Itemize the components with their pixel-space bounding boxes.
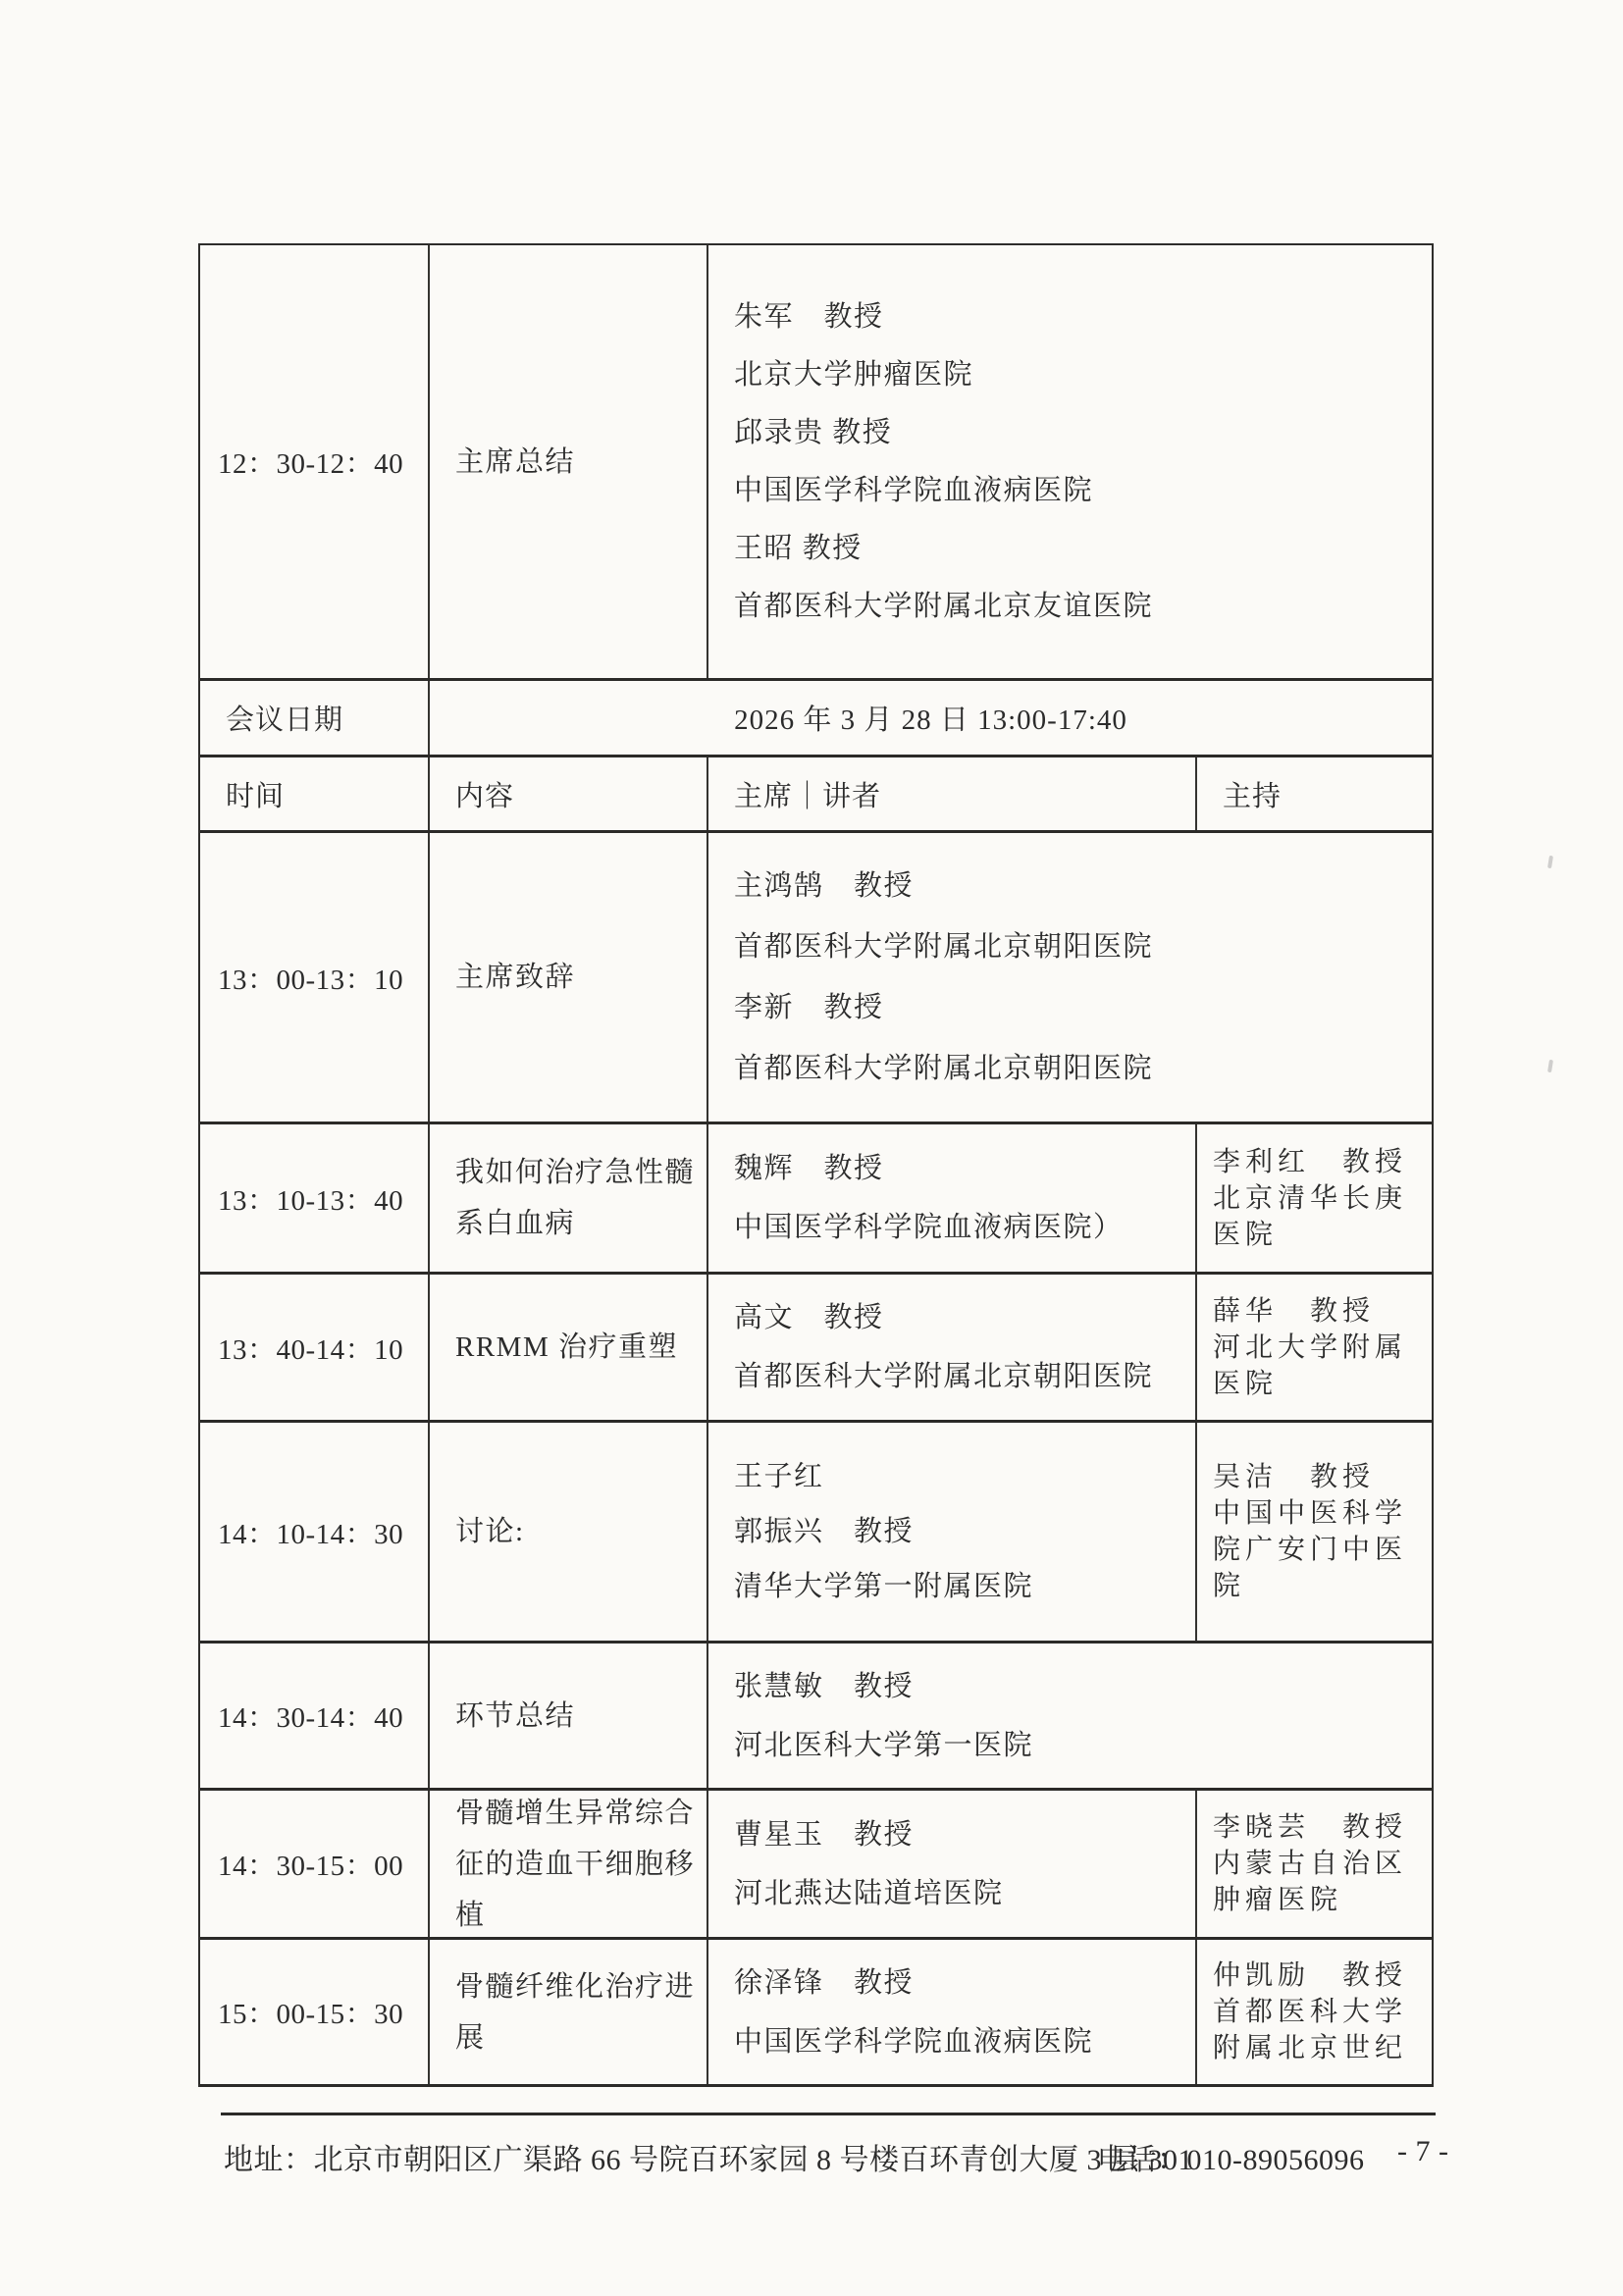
- cell-host-line: 医院: [1213, 1366, 1426, 1402]
- cell-time-line: 13：00-13：10: [218, 958, 428, 998]
- cell-host: 李晓芸 教授内蒙古自治区肿瘤医院: [1197, 1791, 1432, 1937]
- cell-speaker-line: 邱录贵 教授: [734, 404, 1432, 462]
- cell-speaker-line: 主鸿鹄 教授: [734, 856, 1432, 916]
- cell-content-line: 展: [455, 2012, 707, 2063]
- footer-rule: [221, 2113, 1436, 2115]
- table-row: 13：40-14：10RRMM 治疗重塑高文 教授首都医科大学附属北京朝阳医院薛…: [200, 1275, 1432, 1423]
- cell-host-line: 院广安门中医: [1213, 1532, 1426, 1568]
- footer: 地址：北京市朝阳区广渠路 66 号院百环家园 8 号楼百环青创大厦 3 层 30…: [0, 2135, 1623, 2178]
- cell-speaker-line: 曹星玉 教授: [734, 1805, 1195, 1864]
- cell-host-line: 附属北京世纪: [1213, 2030, 1426, 2066]
- cell-host: 吴洁 教授中国中医科学院广安门中医院: [1197, 1423, 1432, 1641]
- header-time-cell: 时间: [200, 757, 430, 830]
- scan-speck: [1547, 856, 1553, 868]
- footer-phone: 电话：010-89056096: [1097, 2135, 1365, 2178]
- cell-content: 环节总结: [430, 1644, 708, 1788]
- table-row: 13：10-13：40我如何治疗急性髓系白血病魏辉 教授中国医学科学院血液病医院…: [200, 1124, 1432, 1275]
- cell-time: 14：30-15：00: [200, 1791, 430, 1937]
- date-label: 会议日期: [226, 698, 428, 738]
- cell-content-line: 主席总结: [455, 437, 707, 488]
- cell-host-line: 河北大学附属: [1213, 1330, 1426, 1366]
- cell-speaker-line: 朱军 教授: [734, 288, 1432, 346]
- table-row: 14：30-15：00骨髓增生异常综合征的造血干细胞移植曹星玉 教授河北燕达陆道…: [200, 1791, 1432, 1940]
- cell-content: 讨论:: [430, 1423, 708, 1641]
- cell-content-line: 我如何治疗急性髓: [455, 1147, 707, 1198]
- cell-speaker: 高文 教授首都医科大学附属北京朝阳医院: [708, 1275, 1197, 1420]
- cell-speaker-line: 中国医学科学院血液病医院）: [734, 1198, 1195, 1257]
- header-content-cell: 内容: [430, 757, 708, 830]
- cell-content-line: 系白血病: [455, 1198, 707, 1249]
- table-row: 14：30-14：40环节总结张慧敏 教授河北医科大学第一医院: [200, 1644, 1432, 1791]
- cell-speaker-line: 河北医科大学第一医院: [734, 1716, 1432, 1775]
- cell-speaker-line: 徐泽锋 教授: [734, 1954, 1195, 2012]
- cell-time-line: 14：10-14：30: [218, 1512, 428, 1552]
- cell-content: RRMM 治疗重塑: [430, 1275, 708, 1420]
- cell-time-line: 14：30-14：40: [218, 1696, 428, 1736]
- cell-host-line: 李利红 教授: [1213, 1144, 1426, 1180]
- cell-time-line: 13：10-13：40: [218, 1178, 428, 1219]
- date-row: 会议日期 2026 年 3 月 28 日 13:00-17:40: [200, 681, 1432, 757]
- header-content: 内容: [455, 774, 707, 814]
- header-host-cell: 主持: [1197, 757, 1432, 830]
- header-host: 主持: [1223, 774, 1432, 814]
- cell-host-line: 医院: [1213, 1217, 1426, 1253]
- cell-time-line: 15：00-15：30: [218, 1992, 428, 2032]
- cell-host-line: 薛华 教授: [1213, 1293, 1426, 1330]
- page-number: - 7 -: [1397, 2135, 1448, 2168]
- cell-host-line: 中国中医科学: [1213, 1495, 1426, 1532]
- cell-speaker-line: 中国医学科学院血液病医院: [734, 462, 1432, 520]
- cell-speaker: 主鸿鹄 教授首都医科大学附属北京朝阳医院李新 教授首都医科大学附属北京朝阳医院: [708, 833, 1432, 1122]
- cell-host: 仲凯励 教授首都医科大学附属北京世纪: [1197, 1940, 1432, 2084]
- cell-speaker: 曹星玉 教授河北燕达陆道培医院: [708, 1791, 1197, 1937]
- cell-host-line: 院: [1213, 1568, 1426, 1604]
- date-value: 2026 年 3 月 28 日 13:00-17:40: [734, 698, 1127, 738]
- date-label-cell: 会议日期: [200, 681, 430, 755]
- table-row: 13：00-13：10主席致辞主鸿鹄 教授首都医科大学附属北京朝阳医院李新 教授…: [200, 833, 1432, 1124]
- cell-speaker: 朱军 教授北京大学肿瘤医院邱录贵 教授中国医学科学院血液病医院王昭 教授首都医科…: [708, 245, 1432, 678]
- cell-content: 我如何治疗急性髓系白血病: [430, 1124, 708, 1272]
- header-speaker-cell: 主席｜讲者: [708, 757, 1197, 830]
- cell-time: 13：00-13：10: [200, 833, 430, 1122]
- cell-host-line: 仲凯励 教授: [1213, 1957, 1426, 1994]
- cell-content: 骨髓增生异常综合征的造血干细胞移植: [430, 1791, 708, 1937]
- cell-time: 14：10-14：30: [200, 1423, 430, 1641]
- cell-speaker-line: 中国医学科学院血液病医院: [734, 2012, 1195, 2071]
- cell-time: 13：40-14：10: [200, 1275, 430, 1420]
- cell-host: 李利红 教授北京清华长庚医院: [1197, 1124, 1432, 1272]
- cell-speaker-line: 清华大学第一附属医院: [734, 1559, 1195, 1614]
- cell-time: 12：30-12：40: [200, 245, 430, 678]
- cell-speaker: 徐泽锋 教授中国医学科学院血液病医院: [708, 1940, 1197, 2084]
- cell-speaker-line: 王昭 教授: [734, 520, 1432, 578]
- cell-content: 主席总结: [430, 245, 708, 678]
- cell-time-line: 13：40-14：10: [218, 1328, 428, 1368]
- cell-content-line: 主席致辞: [455, 952, 707, 1003]
- cell-time-line: 12：30-12：40: [218, 442, 428, 482]
- cell-speaker-line: 魏辉 教授: [734, 1139, 1195, 1198]
- cell-speaker-line: 张慧敏 教授: [734, 1657, 1432, 1716]
- footer-address: 地址：北京市朝阳区广渠路 66 号院百环家园 8 号楼百环青创大厦 3 层 30…: [224, 2135, 1193, 2178]
- cell-speaker-line: 王子红: [734, 1449, 1195, 1504]
- cell-content-line: 骨髓纤维化治疗进: [455, 1961, 707, 2012]
- cell-speaker: 王子红郭振兴 教授清华大学第一附属医院: [708, 1423, 1197, 1641]
- cell-speaker-line: 李新 教授: [734, 977, 1432, 1038]
- cell-content-line: 征的造血干细胞移: [455, 1839, 707, 1890]
- table-row: 15：00-15：30骨髓纤维化治疗进展徐泽锋 教授中国医学科学院血液病医院仲凯…: [200, 1940, 1432, 2087]
- cell-content-line: 环节总结: [455, 1691, 707, 1742]
- cell-time: 14：30-14：40: [200, 1644, 430, 1788]
- cell-content-line: 植: [455, 1890, 707, 1938]
- cell-content-line: 讨论:: [455, 1506, 707, 1557]
- table-row: 14：10-14：30讨论:王子红郭振兴 教授清华大学第一附属医院吴洁 教授中国…: [200, 1423, 1432, 1644]
- cell-content: 骨髓纤维化治疗进展: [430, 1940, 708, 2084]
- cell-host-line: 肿瘤医院: [1213, 1882, 1426, 1918]
- cell-speaker-line: 首都医科大学附属北京朝阳医院: [734, 1038, 1432, 1099]
- cell-host-line: 北京清华长庚: [1213, 1180, 1426, 1217]
- cell-content: 主席致辞: [430, 833, 708, 1122]
- cell-speaker-line: 河北燕达陆道培医院: [734, 1864, 1195, 1923]
- scan-speck: [1547, 1060, 1553, 1072]
- cell-speaker-line: 首都医科大学附属北京朝阳医院: [734, 916, 1432, 977]
- cell-content-line: RRMM 治疗重塑: [455, 1322, 707, 1373]
- schedule-table: 12：30-12：40主席总结朱军 教授北京大学肿瘤医院邱录贵 教授中国医学科学…: [198, 243, 1434, 2087]
- cell-speaker-line: 首都医科大学附属北京友谊医院: [734, 578, 1432, 636]
- cell-time: 15：00-15：30: [200, 1940, 430, 2084]
- header-speaker: 主席｜讲者: [734, 774, 1195, 814]
- cell-speaker-line: 北京大学肿瘤医院: [734, 346, 1432, 404]
- table-row: 12：30-12：40主席总结朱军 教授北京大学肿瘤医院邱录贵 教授中国医学科学…: [200, 245, 1432, 681]
- cell-host-line: 内蒙古自治区: [1213, 1846, 1426, 1882]
- rows-main: 13：00-13：10主席致辞主鸿鹄 教授首都医科大学附属北京朝阳医院李新 教授…: [200, 833, 1432, 2087]
- cell-speaker-line: 高文 教授: [734, 1288, 1195, 1347]
- header-row: 时间 内容 主席｜讲者 主持: [200, 757, 1432, 833]
- cell-speaker: 张慧敏 教授河北医科大学第一医院: [708, 1644, 1432, 1788]
- cell-time-line: 14：30-15：00: [218, 1844, 428, 1884]
- rows-top: 12：30-12：40主席总结朱军 教授北京大学肿瘤医院邱录贵 教授中国医学科学…: [200, 245, 1432, 681]
- cell-host: 薛华 教授河北大学附属医院: [1197, 1275, 1432, 1420]
- header-time: 时间: [226, 774, 428, 814]
- document-page: 12：30-12：40主席总结朱军 教授北京大学肿瘤医院邱录贵 教授中国医学科学…: [0, 0, 1623, 2296]
- cell-speaker-line: 首都医科大学附属北京朝阳医院: [734, 1347, 1195, 1406]
- cell-host-line: 李晓芸 教授: [1213, 1809, 1426, 1846]
- cell-host-line: 首都医科大学: [1213, 1994, 1426, 2030]
- cell-time: 13：10-13：40: [200, 1124, 430, 1272]
- cell-host-line: 吴洁 教授: [1213, 1459, 1426, 1495]
- cell-speaker-line: 郭振兴 教授: [734, 1504, 1195, 1559]
- date-value-cell: 2026 年 3 月 28 日 13:00-17:40: [430, 681, 1432, 755]
- cell-speaker: 魏辉 教授中国医学科学院血液病医院）: [708, 1124, 1197, 1272]
- cell-content-line: 骨髓增生异常综合: [455, 1791, 707, 1839]
